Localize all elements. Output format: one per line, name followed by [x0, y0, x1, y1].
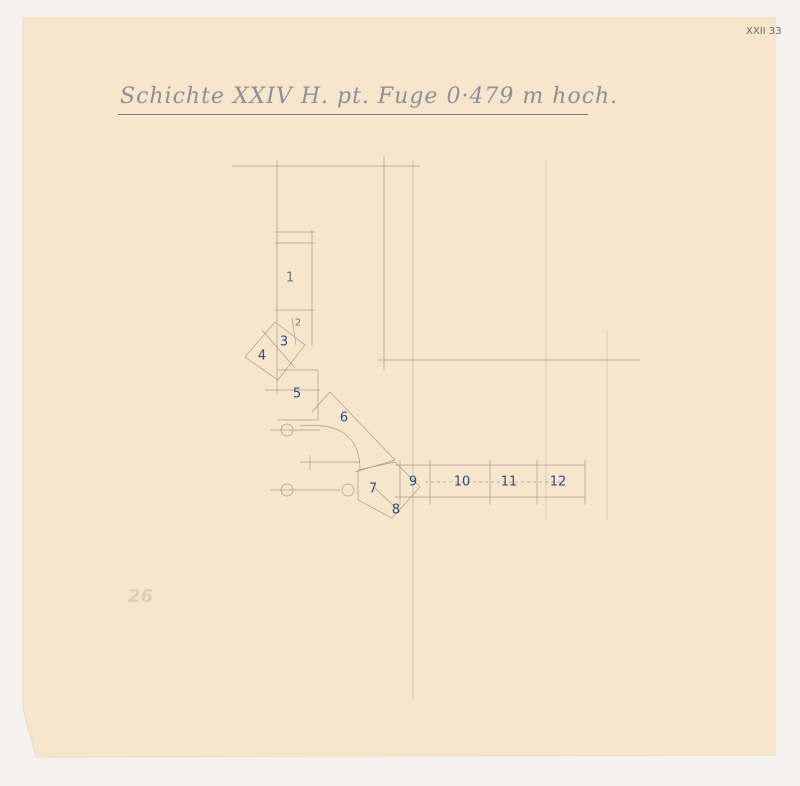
stone-label-7: 7 [369, 482, 377, 497]
paper-shape [23, 18, 775, 757]
faded-stamp: 26 [128, 586, 153, 607]
stone-label-9: 9 [409, 475, 417, 490]
drawing-title: Schichte XXIV H. pt. Fuge 0·479 m hoch. [120, 84, 590, 114]
sheet-number: XXII 33 [746, 26, 782, 37]
drawing-canvas [0, 0, 800, 786]
stone-label-1: 1 [286, 271, 294, 286]
stone-label-11: 11 [501, 475, 518, 490]
stone-label-2: 2 [295, 318, 301, 329]
stone-label-3: 3 [280, 335, 288, 350]
stone-label-8: 8 [392, 503, 400, 518]
stone-label-6: 6 [340, 411, 348, 426]
paper-sheet: Schichte XXIV H. pt. Fuge 0·479 m hoch. … [0, 0, 800, 786]
stone-label-12: 12 [550, 475, 567, 490]
stone-label-10: 10 [454, 475, 471, 490]
title-underline [118, 114, 588, 115]
stone-label-5: 5 [293, 387, 301, 402]
stone-label-4: 4 [258, 349, 266, 364]
